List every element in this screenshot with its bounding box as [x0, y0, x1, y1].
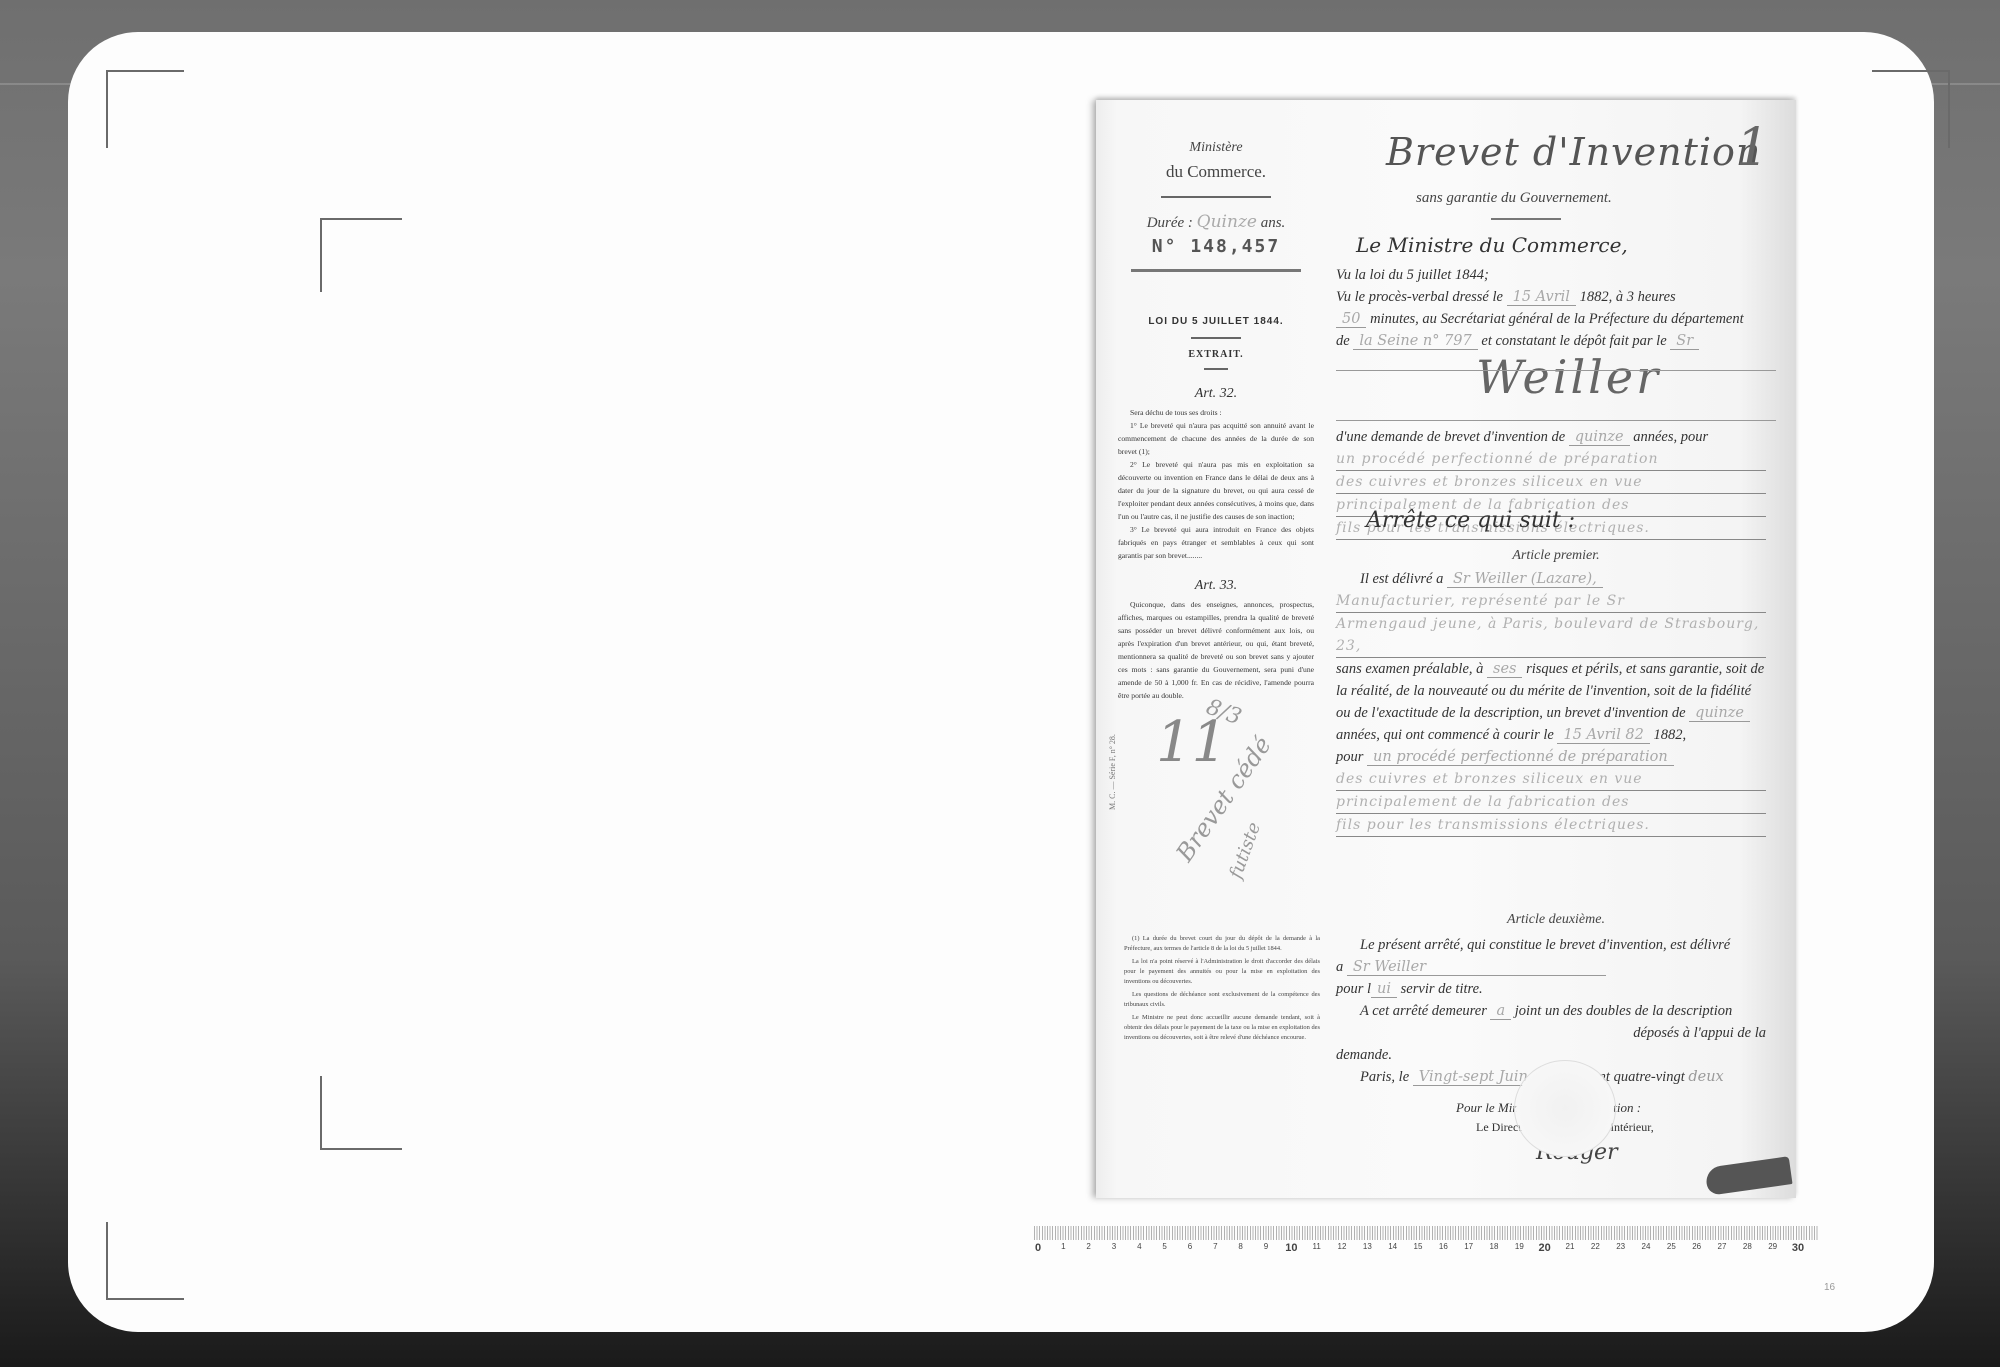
- deposit-text: et constatant le dépôt fait par le: [1481, 333, 1666, 349]
- ruler-label: 18: [1490, 1242, 1499, 1251]
- ruler-label: 5: [1162, 1242, 1166, 1251]
- art32-p2: 2° Le breveté qui n'aura pas mis en expl…: [1118, 458, 1314, 523]
- start-prefix: années, qui ont commencé à courir le: [1336, 727, 1554, 743]
- art32-p3: 3° Le breveté qui aura introduit en Fran…: [1118, 523, 1314, 562]
- embossed-seal: [1514, 1060, 1616, 1157]
- measurement-ruler: 0123456789101112131415161718192021222324…: [1034, 1226, 1818, 1266]
- ruler-label: 27: [1718, 1242, 1727, 1251]
- terms-duration: quinze: [1689, 705, 1750, 722]
- demand-line: d'une demande de brevet d'invention de q…: [1336, 426, 1766, 448]
- duration-unit: ans.: [1261, 215, 1286, 231]
- ruler-label: 22: [1591, 1242, 1600, 1251]
- article2-a: a: [1336, 959, 1343, 975]
- ruler-label: 16: [1439, 1242, 1448, 1251]
- pv-year: 1882, à 3 heures: [1580, 289, 1676, 305]
- invention-repeat-3: fils pour les transmissions électriques.: [1336, 814, 1766, 837]
- patent-number: N° 148,457: [1116, 236, 1316, 257]
- demand-duration: quinze: [1569, 429, 1630, 446]
- pencil-note-extra: futiste: [1225, 819, 1265, 881]
- ruler-label: 14: [1388, 1242, 1397, 1251]
- ruler-label: 1: [1061, 1242, 1065, 1251]
- duration-value: Quinze: [1197, 212, 1257, 232]
- demand-suffix: années, pour: [1633, 429, 1708, 445]
- art32-p1: 1° Le breveté qui n'aura pas acquitté so…: [1118, 419, 1314, 458]
- delivered-line: Il est délivré a Sr Weiller (Lazare),: [1336, 568, 1766, 590]
- form-code: M. C. — Série F, n° 28.: [1108, 734, 1117, 810]
- annex-line: A cet arrêté demeurer a joint un des dou…: [1336, 1000, 1766, 1022]
- header-left-block: Ministère du Commerce. Durée : Quinze an…: [1116, 140, 1316, 702]
- header-rule: [1131, 269, 1301, 272]
- name-rule-bottom: [1336, 420, 1776, 421]
- delivered-to: Sr Weiller (Lazare),: [1447, 571, 1603, 588]
- footnotes: (1) La durée du brevet court du jour du …: [1124, 934, 1320, 1046]
- dept-prefix: de: [1336, 333, 1350, 349]
- minister-heading: Le Ministre du Commerce,: [1356, 234, 1786, 256]
- invention-repeat-0: un procédé perfectionné de préparation: [1367, 749, 1674, 766]
- place-date-hand: Vingt-sept Juin: [1413, 1069, 1534, 1086]
- ruler-label: 15: [1414, 1242, 1423, 1251]
- duration-label: Durée :: [1147, 215, 1193, 231]
- law-rule: [1191, 337, 1241, 339]
- ruler-label: 23: [1616, 1242, 1625, 1251]
- ruler-label: 21: [1566, 1242, 1575, 1251]
- article1-heading: Article premier.: [1336, 548, 1776, 564]
- crop-mark-bottom-left: [106, 1222, 184, 1300]
- terms: sans examen préalable, à ses risques et …: [1336, 658, 1766, 724]
- torn-corner: [1704, 1156, 1792, 1196]
- line-dept: de la Seine n° 797 et constatant le dépô…: [1336, 330, 1766, 352]
- footnote-1: La loi n'a point réservé à l'Administrat…: [1124, 957, 1320, 987]
- duration-line: Durée : Quinze ans.: [1116, 212, 1316, 232]
- annex-a: a: [1490, 1003, 1511, 1020]
- ruler-label: 28: [1743, 1242, 1752, 1251]
- ruler-label: 24: [1642, 1242, 1651, 1251]
- ruler-label: 4: [1137, 1242, 1141, 1251]
- footnote-2: Les questions de déchéance sont exclusiv…: [1124, 990, 1320, 1010]
- ruler-label: 19: [1515, 1242, 1524, 1251]
- start-year: 1882,: [1654, 727, 1687, 743]
- footnote-3: Le Ministre ne peut donc accueillir aucu…: [1124, 1013, 1320, 1043]
- ruler-label: 9: [1264, 1242, 1268, 1251]
- line-pv: Vu le procès-verbal dressé le 15 Avril 1…: [1336, 286, 1766, 308]
- line-minutes: 50 minutes, au Secrétariat général de la…: [1336, 308, 1766, 330]
- law-ref: Vu la loi du 5 juillet 1844;: [1336, 267, 1489, 283]
- art32-heading: Art. 32.: [1116, 386, 1316, 402]
- ruler-numbers: 0123456789101112131415161718192021222324…: [1034, 1242, 1818, 1258]
- pv-date: 15 Avril: [1507, 289, 1576, 306]
- number-value: 148,457: [1190, 236, 1280, 257]
- extract-rule: [1204, 368, 1228, 370]
- terms-risk: ses: [1487, 661, 1522, 678]
- ruler-label: 0: [1035, 1242, 1041, 1254]
- ruler-label: 17: [1464, 1242, 1473, 1251]
- art33-heading: Art. 33.: [1116, 578, 1316, 594]
- footnote-0: (1) La durée du brevet court du jour du …: [1124, 934, 1320, 954]
- delivered-prefix: Il est délivré a: [1360, 571, 1443, 587]
- ministry-line1: Ministère: [1116, 140, 1316, 156]
- minister-heading-block: Le Ministre du Commerce,: [1356, 234, 1786, 256]
- crop-mark-top-right: [1872, 70, 1950, 148]
- demand-prefix: d'une demande de brevet d'invention de: [1336, 429, 1565, 445]
- ruler-label: 3: [1112, 1242, 1116, 1251]
- start-date: 15 Avril 82: [1557, 727, 1649, 744]
- number-prefix: N°: [1152, 236, 1178, 257]
- start-line: années, qui ont commencé à courir le 15 …: [1336, 724, 1766, 746]
- article2-text: Le présent arrêté, qui constitue le brev…: [1336, 934, 1766, 956]
- article2-lui: ui: [1371, 981, 1397, 998]
- law-title: LOI DU 5 JUILLET 1844.: [1116, 316, 1316, 327]
- ruler-label: 11: [1313, 1242, 1321, 1251]
- article2-heading: Article deuxième.: [1336, 912, 1776, 928]
- article2-to: Sr Weiller: [1347, 959, 1606, 976]
- ornament-rule: [1161, 196, 1271, 198]
- annex-text2: déposés à l'appui de la: [1633, 1025, 1766, 1041]
- inner-mark-top-left: [320, 218, 402, 292]
- dept-value: la Seine n° 797: [1353, 333, 1477, 350]
- invention-repeat-2: principalement de la fabrication des: [1336, 791, 1766, 814]
- pour-label: pour: [1336, 749, 1363, 765]
- art32-text: Sera déchu de tous ses droits : 1° Le br…: [1116, 406, 1316, 562]
- invention-repeat-1: des cuivres et bronzes siliceux en vue: [1336, 768, 1766, 791]
- terms-prefix: sans examen préalable, à: [1336, 661, 1483, 677]
- ruler-label: 2: [1086, 1242, 1090, 1251]
- ruler-label: 12: [1338, 1242, 1347, 1251]
- ruler-label: 8: [1238, 1242, 1242, 1251]
- annex-joint: joint: [1515, 1003, 1542, 1019]
- article2-titre: servir de titre.: [1401, 981, 1483, 997]
- invention-line-0: un procédé perfectionné de préparation: [1336, 448, 1766, 471]
- crop-mark-top-left: [106, 70, 184, 148]
- subtitle-rule: [1491, 218, 1561, 220]
- line-law: Vu la loi du 5 juillet 1844;: [1336, 264, 1766, 286]
- annex-text: un des doubles de la description: [1545, 1003, 1732, 1019]
- ruler-label: 13: [1363, 1242, 1372, 1251]
- ruler-ticks: [1034, 1226, 1818, 1240]
- annex-line2: déposés à l'appui de la: [1336, 1022, 1766, 1044]
- pencil-note-number: 11: [1156, 710, 1227, 775]
- ruler-label: 7: [1213, 1242, 1217, 1251]
- pv-minutes: 50: [1336, 311, 1366, 328]
- place-date-year: deux: [1688, 1069, 1723, 1085]
- arrete-heading: Arrête ce qui suit :: [1366, 508, 1575, 533]
- patent-document: Ministère du Commerce. Durée : Quinze an…: [1096, 100, 1796, 1198]
- deposit-by: Sr: [1670, 333, 1699, 350]
- inner-mark-bottom-left: [320, 1076, 402, 1150]
- art32-p0: Sera déchu de tous ses droits :: [1118, 406, 1314, 419]
- extract-label: EXTRAIT.: [1116, 349, 1316, 360]
- ruler-label: 25: [1667, 1242, 1676, 1251]
- place-date-prefix: Paris, le: [1360, 1069, 1409, 1085]
- pv-rest: minutes, au Secrétariat général de la Pr…: [1370, 311, 1744, 327]
- pour-line: pour un procédé perfectionné de préparat…: [1336, 746, 1766, 768]
- holder-line-1: Armengaud jeune, à Paris, boulevard de S…: [1336, 613, 1766, 658]
- article2-title-line: pour lui servir de titre.: [1336, 978, 1766, 1000]
- document-title: Brevet d'Invention: [1386, 130, 1761, 174]
- article2-to-line: a Sr Weiller: [1336, 956, 1766, 978]
- ruler-label: 20: [1539, 1242, 1551, 1254]
- preamble: Vu la loi du 5 juillet 1844; Vu le procè…: [1336, 264, 1766, 352]
- article1-body: Il est délivré a Sr Weiller (Lazare), Ma…: [1336, 568, 1766, 837]
- page-marker: 16: [1824, 1282, 1835, 1293]
- ministry-line2: du Commerce.: [1116, 162, 1316, 182]
- article2-pour: pour l: [1336, 981, 1371, 997]
- art33-text: Quiconque, dans des enseignes, annonces,…: [1116, 598, 1316, 702]
- document-subtitle: sans garantie du Gouvernement.: [1416, 190, 1612, 207]
- ruler-label: 6: [1188, 1242, 1192, 1251]
- ruler-label: 30: [1792, 1242, 1804, 1254]
- ruler-label: 29: [1768, 1242, 1777, 1251]
- ruler-label: 26: [1692, 1242, 1701, 1251]
- page-number: 1: [1736, 118, 1769, 178]
- invention-line-1: des cuivres et bronzes siliceux en vue: [1336, 471, 1766, 494]
- annex-prefix: A cet arrêté demeurer: [1360, 1003, 1487, 1019]
- applicant-name: Weiller: [1476, 350, 1661, 404]
- art33-p: Quiconque, dans des enseignes, annonces,…: [1118, 598, 1314, 702]
- holder-line-0: Manufacturier, représenté par le Sr: [1336, 590, 1766, 613]
- ruler-label: 10: [1285, 1242, 1297, 1254]
- pv-prefix: Vu le procès-verbal dressé le: [1336, 289, 1503, 305]
- name-rule-top: [1336, 370, 1776, 371]
